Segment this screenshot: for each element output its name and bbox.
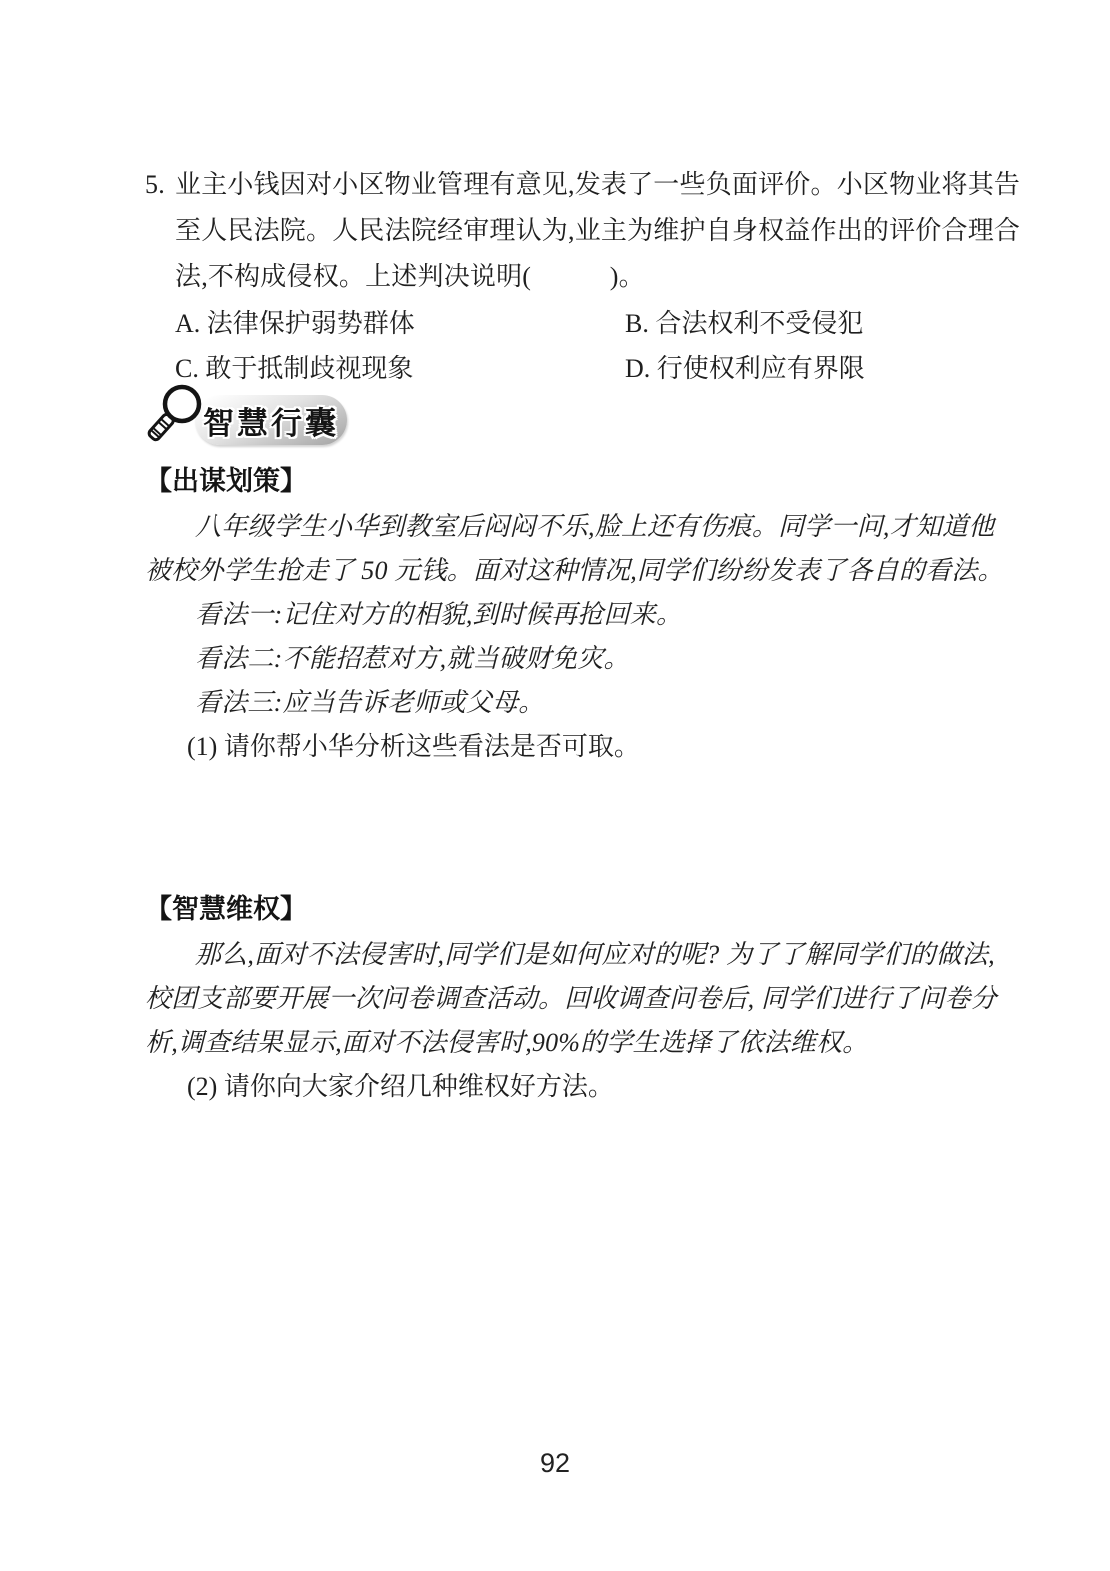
- answer-options: A. 法律保护弱势群体 B. 合法权利不受侵犯 C. 敢于抵制歧视现象 D. 行…: [145, 301, 995, 391]
- sub-question-1: (1) 请你帮小华分析这些看法是否可取。: [145, 725, 995, 769]
- question-number: 5.: [145, 162, 175, 208]
- question-line-1: 5.业主小钱因对小区物业管理有意见,发表了一些负面评价。小区物业将其告: [145, 162, 995, 208]
- wisdom-bag-badge: 智慧行囊: [195, 395, 347, 445]
- option-a: A. 法律保护弱势群体: [145, 301, 625, 346]
- section-header: 【出谋划策】: [145, 463, 995, 499]
- section-brainstorm: 【出谋划策】 八年级学生小华到教室后闷闷不乐,脸上还有伤痕。同学一问,才知道他 …: [145, 463, 995, 769]
- sub-question-2: (2) 请你向大家介绍几种维权好方法。: [145, 1065, 995, 1109]
- survey-paragraph: 那么,面对不法侵害时,同学们是如何应对的呢? 为了了解同学们的做法, 校团支部要…: [145, 933, 995, 1065]
- opinion-2: 看法二:不能招惹对方,就当破财免灾。: [145, 637, 995, 681]
- paragraph-line: 析,调查结果显示,面对不法侵害时,90%的学生选择了依法维权。: [145, 1021, 995, 1065]
- question-text: 业主小钱因对小区物业管理有意见,发表了一些负面评价。小区物业将其告: [175, 170, 1020, 199]
- option-row-1: A. 法律保护弱势群体 B. 合法权利不受侵犯: [145, 301, 995, 346]
- opinion-1: 看法一:记住对方的相貌,到时候再抢回来。: [145, 593, 995, 637]
- question-5: 5.业主小钱因对小区物业管理有意见,发表了一些负面评价。小区物业将其告 至人民法…: [145, 162, 995, 391]
- page-content: 5.业主小钱因对小区物业管理有意见,发表了一些负面评价。小区物业将其告 至人民法…: [145, 162, 995, 1109]
- option-c: C. 敢于抵制歧视现象: [145, 346, 625, 391]
- section-rights-protection: 【智慧维权】 那么,面对不法侵害时,同学们是如何应对的呢? 为了了解同学们的做法…: [145, 891, 995, 1109]
- badge-label: 智慧行囊: [203, 398, 339, 443]
- page-number: 92: [0, 1448, 1110, 1479]
- paragraph-line: 校团支部要开展一次问卷调查活动。回收调查问卷后, 同学们进行了问卷分: [145, 977, 995, 1021]
- opinion-3: 看法三:应当告诉老师或父母。: [145, 681, 995, 725]
- option-b: B. 合法权利不受侵犯: [625, 301, 995, 346]
- workbook-page: 5.业主小钱因对小区物业管理有意见,发表了一些负面评价。小区物业将其告 至人民法…: [0, 0, 1110, 1571]
- opinion-list: 看法一:记住对方的相貌,到时候再抢回来。 看法二:不能招惹对方,就当破财免灾。 …: [145, 593, 995, 725]
- question-line-3: 法,不构成侵权。上述判决说明( )。: [145, 254, 995, 300]
- magnifier-icon: [145, 380, 207, 456]
- scenario-paragraph: 八年级学生小华到教室后闷闷不乐,脸上还有伤痕。同学一问,才知道他 被校外学生抢走…: [145, 505, 995, 593]
- paragraph-line: 八年级学生小华到教室后闷闷不乐,脸上还有伤痕。同学一问,才知道他: [145, 505, 995, 549]
- paragraph-line: 那么,面对不法侵害时,同学们是如何应对的呢? 为了了解同学们的做法,: [145, 933, 995, 977]
- option-row-2: C. 敢于抵制歧视现象 D. 行使权利应有界限: [145, 346, 995, 391]
- option-d: D. 行使权利应有界限: [625, 346, 995, 391]
- question-line-2: 至人民法院。人民法院经审理认为,业主为维护自身权益作出的评价合理合: [145, 208, 995, 254]
- paragraph-line: 被校外学生抢走了 50 元钱。面对这种情况,同学们纷纷发表了各自的看法。: [145, 549, 995, 593]
- section-header: 【智慧维权】: [145, 891, 995, 927]
